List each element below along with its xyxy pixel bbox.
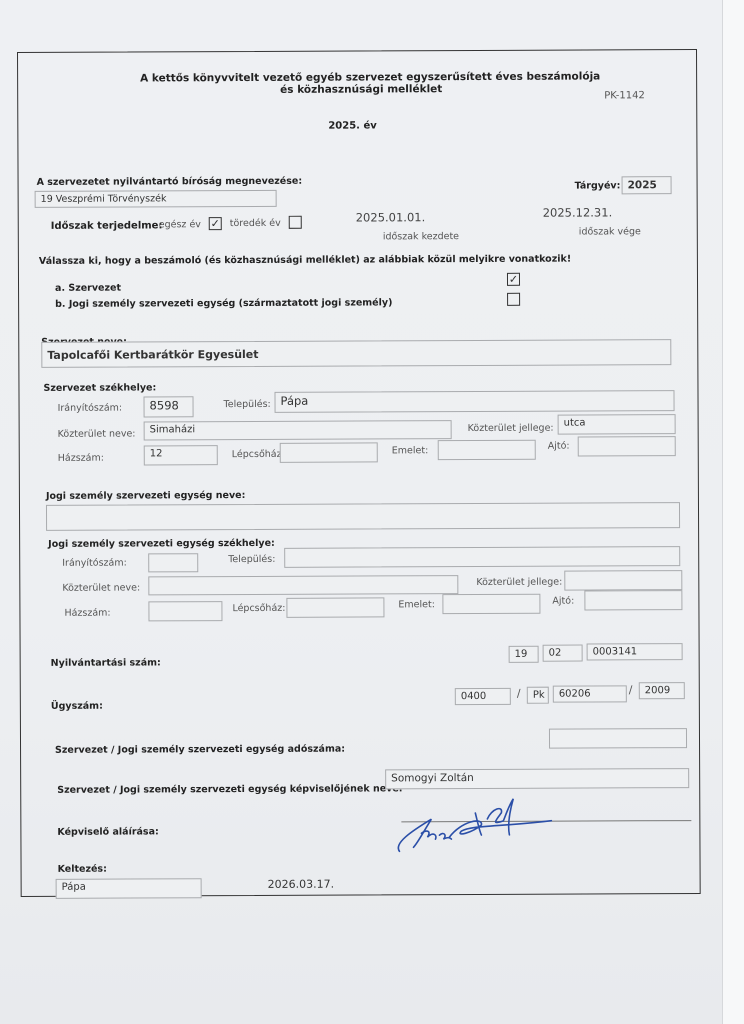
form-code: PK-1142: [604, 90, 645, 101]
handwritten-signature: [391, 791, 561, 862]
dating-place-field[interactable]: Pápa: [56, 878, 202, 899]
signature-label: Képviselő aláírása:: [57, 826, 158, 837]
option-b-checkbox[interactable]: [507, 293, 520, 306]
org-name-field[interactable]: Tapolcafői Kertbarátkör Egyesület: [41, 339, 671, 368]
unit-house-field[interactable]: [148, 601, 222, 621]
tax-number-label: Szervezet / Jogi személy szervezeti egys…: [55, 744, 345, 756]
form-frame: A kettős könyvvitelt vezető egyéb szerve…: [17, 49, 701, 897]
case-part3[interactable]: 60206: [553, 685, 627, 702]
court-label: A szervezetet nyilvántartó bíróság megne…: [37, 176, 303, 188]
unit-door-label: Ajtó:: [552, 596, 574, 607]
period-end-caption: időszak vége: [579, 226, 641, 237]
case-part1[interactable]: 0400: [455, 688, 511, 705]
unit-name-label: Jogi személy szervezeti egység neve:: [46, 490, 246, 502]
org-house-field[interactable]: 12: [144, 445, 218, 465]
unit-door-field[interactable]: [584, 590, 682, 610]
unit-street-type-label: Közterület jellege:: [476, 577, 562, 588]
subject-year-label: Tárgyév:: [575, 180, 621, 191]
option-b-label: b. Jogi személy szervezeti egység (szárm…: [55, 297, 392, 309]
org-street-type-field[interactable]: utca: [558, 414, 676, 435]
unit-city-label: Település:: [228, 554, 275, 565]
unit-floor-label: Emelet:: [398, 599, 435, 610]
org-seat-label: Szervezet székhelye:: [43, 382, 156, 393]
partial-year-label: töredék év: [230, 218, 281, 229]
registration-part1[interactable]: 19: [509, 646, 539, 663]
option-a-label: a. Szervezet: [55, 283, 121, 294]
period-end-value: 2025.12.31.: [543, 205, 613, 219]
period-label: Időszak terjedelme:: [51, 220, 163, 231]
full-year-label: egész év: [159, 219, 201, 230]
full-year-checkbox[interactable]: ✓: [209, 217, 222, 230]
dating-date: 2026.03.17.: [268, 878, 335, 891]
case-separator-1: /: [517, 687, 521, 700]
org-city-label: Település:: [224, 399, 271, 410]
org-house-label: Házszám:: [58, 453, 104, 464]
representative-field[interactable]: Somogyi Zoltán: [385, 768, 689, 789]
unit-name-field[interactable]: [46, 502, 680, 531]
org-city-field[interactable]: Pápa: [274, 390, 674, 413]
unit-street-type-field[interactable]: [564, 570, 682, 591]
org-stair-field[interactable]: [280, 442, 378, 462]
period-start-caption: időszak kezdete: [383, 231, 459, 242]
subject-year-field[interactable]: 2025: [622, 176, 672, 194]
unit-street-field[interactable]: [148, 575, 458, 595]
org-stair-label: Lépcsőház:: [232, 449, 285, 460]
registration-part3[interactable]: 0003141: [587, 643, 683, 660]
period-start-value: 2025.01.01.: [356, 210, 426, 224]
case-separator-2: /: [629, 683, 633, 696]
unit-stair-label: Lépcsőház:: [232, 603, 285, 614]
org-zip-label: Irányítószám:: [58, 403, 123, 414]
year-heading: 2025. év: [328, 120, 376, 131]
form-title-line1: A kettős könyvvitelt vezető egyéb szerve…: [140, 70, 600, 84]
page-edge: [722, 0, 744, 1024]
dating-label: Keltezés:: [58, 864, 107, 875]
unit-stair-field[interactable]: [286, 597, 384, 617]
tax-number-field[interactable]: [549, 728, 687, 749]
org-door-field[interactable]: [578, 436, 676, 456]
case-part2[interactable]: Pk: [527, 687, 549, 704]
org-zip-field[interactable]: 8598: [144, 396, 194, 417]
court-field[interactable]: 19 Veszprémi Törvényszék: [35, 190, 277, 208]
representative-label: Szervezet / Jogi személy szervezeti egys…: [57, 783, 402, 796]
registration-part2[interactable]: 02: [543, 645, 583, 662]
case-number-label: Ügyszám:: [51, 701, 103, 712]
case-part4[interactable]: 2009: [639, 682, 685, 699]
form-title-line2: és közhasznúsági melléklet: [280, 83, 442, 96]
unit-floor-field[interactable]: [442, 594, 540, 614]
org-street-label: Közterület neve:: [58, 428, 136, 439]
registration-label: Nyilvántartási szám:: [51, 657, 161, 668]
partial-year-checkbox[interactable]: [289, 216, 302, 229]
org-floor-label: Emelet:: [392, 445, 429, 456]
org-street-type-label: Közterület jellege:: [468, 423, 554, 434]
unit-house-label: Házszám:: [64, 608, 110, 619]
unit-city-field[interactable]: [284, 546, 680, 568]
applies-to-question: Válassza ki, hogy a beszámoló (és közhas…: [39, 254, 571, 267]
org-floor-field[interactable]: [438, 440, 536, 460]
unit-seat-label: Jogi személy szervezeti egység székhelye…: [48, 538, 275, 550]
unit-street-label: Közterület neve:: [62, 582, 140, 593]
unit-zip-field[interactable]: [148, 553, 198, 572]
option-a-checkbox[interactable]: ✓: [507, 273, 520, 286]
org-street-field[interactable]: Simaházi: [144, 420, 452, 440]
unit-zip-label: Irányítószám:: [62, 558, 127, 569]
org-door-label: Ajtó:: [548, 441, 570, 452]
